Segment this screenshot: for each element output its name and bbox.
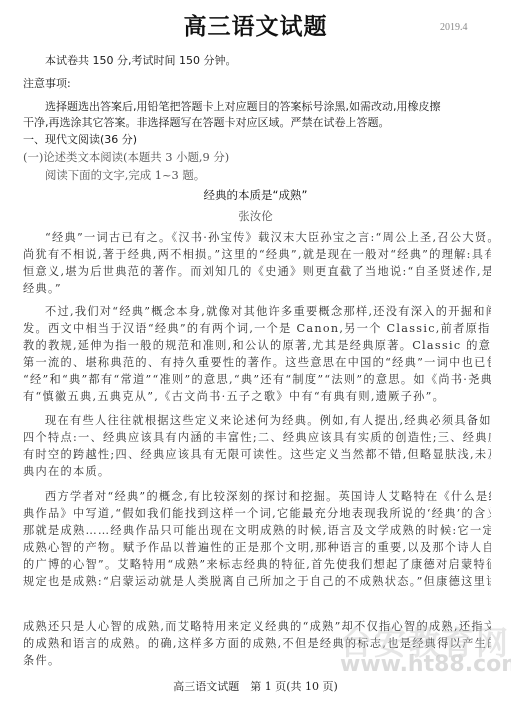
essay-line: “经典”一词古已有之。《汉书·孙宝传》载汉末大臣孙宝之言:“周公上圣,召公大贤。 [45, 231, 491, 245]
essay-line: 的广博的心智”。艾略特用“成熟”来标志经典的特征,首先使我们想起了康德对启蒙特征… [23, 558, 491, 572]
essay-line: 有时空的跨越性;四、经典应该具有无限可读性。这些定义当然都不错,但略显肤浅,未及… [23, 448, 491, 462]
section-heading: 一、现代文阅读(36 分) [23, 133, 491, 147]
exam-info: 本试卷共 150 分,考试时间 150 分钟。 [45, 54, 491, 68]
exam-date: 2019.4 [440, 22, 468, 33]
essay-line: 尚犹有不相说,著于经典,两不相损。”这里的“经典”,就是现在一般对“经典”的理解… [23, 248, 491, 262]
essay-line: 经典。” [23, 282, 491, 296]
essay-line: 西方学者对“经典”的概念,有比较深刻的探讨和挖掘。英国诗人艾略特在《什么是经 [45, 490, 491, 504]
section-subheading: (一)论述类文本阅读(本题共 3 小题,9 分) [23, 150, 491, 164]
reading-instruction: 阅读下面的文字,完成 1~3 题。 [45, 168, 491, 182]
essay-line: 规定也是成熟:“启蒙运动就是人类脱离自己所加之于自己的不成熟状态。”但康德这里讲… [23, 575, 491, 589]
essay-line: 成熟心智的产物。赋予作品以普遍性的正是那个文明,那种语言的重要,以及那个诗人自身 [23, 541, 491, 555]
essay-line: 那就是成熟……经典作品只可能出现在文明成熟的时候,语言及文学成熟的时候:它一定是 [23, 524, 491, 538]
essay-line: 现在有些人往往就根据这些定义来论述何为经典。例如,有人提出,经典必须具备如下 [45, 414, 491, 428]
essay-line: 教的教规,延伸为指一般的规范和准则,和公认的原著,尤其是经典原著。Classic… [23, 339, 491, 353]
notice-line-1: 选择题选出答案后,用铅笔把答题卡上对应题目的答案标号涂黑,如需改动,用橡皮擦 [45, 100, 491, 114]
essay-line: 典内在的本质。 [23, 465, 491, 479]
exam-page: 高三语文试题 2019.4 本试卷共 150 分,考试时间 150 分钟。 注意… [0, 0, 511, 704]
essay-line: 第一流的、堪称典范的、有持久重要性的著作。这些意思在中国的“经典”一词中也已包括… [23, 356, 491, 370]
page-footer: 高三语文试题 第 1 页(共 10 页) [0, 678, 511, 694]
essay-line: 成熟还只是人心智的成熟,而艾略特用来定义经典的“成熟”却不仅指心智的成熟,还指文… [23, 620, 491, 634]
essay-line: 四个特点:一、经典应该具有内涵的丰富性;二、经典应该具有实质的创造性;三、经典应… [23, 431, 491, 445]
essay-line: 发。西文中相当于汉语“经典”的有两个词,一个是 Canon,另一个 Classi… [23, 322, 491, 336]
page-title: 高三语文试题 [0, 8, 511, 41]
notice-heading: 注意事项: [23, 77, 491, 91]
essay-line: “经”和“典”都有“常道”“准则”的意思,“典”还有“制度”“法则”的意思。如《… [23, 373, 491, 387]
essay-line: 不过,我们对“经典”概念本身,就像对其他许多重要概念那样,还没有深入的开掘和阐 [45, 305, 491, 319]
essay-line: 恒意义,堪为后世典范的著作。而刘知几的《史通》则更直截了当地说:“自圣贤述作,是… [23, 265, 491, 279]
notice-line-2: 干净,再选涂其它答案。非选择题写在答题卡对应区域。严禁在试卷上答题。 [23, 116, 491, 130]
essay-line: 典作品》中写道,“假如我们能找到这样一个词,它能最充分地表现我所说的‘经典’的含… [23, 507, 491, 521]
essay-line: 条件。 [23, 654, 491, 668]
essay-line: 有“慎徽五典,五典克从”,《古文尚书·五子之歌》中有“有典有则,遗厥子孙”。 [23, 390, 491, 404]
essay-title: 经典的本质是“成熟” [0, 187, 511, 203]
essay-line: 的成熟和语言的成熟。的确,这样多方面的成熟,不但是经典的标志,也是经典得以产生的 [23, 637, 491, 651]
essay-author: 张汝伦 [0, 208, 511, 224]
